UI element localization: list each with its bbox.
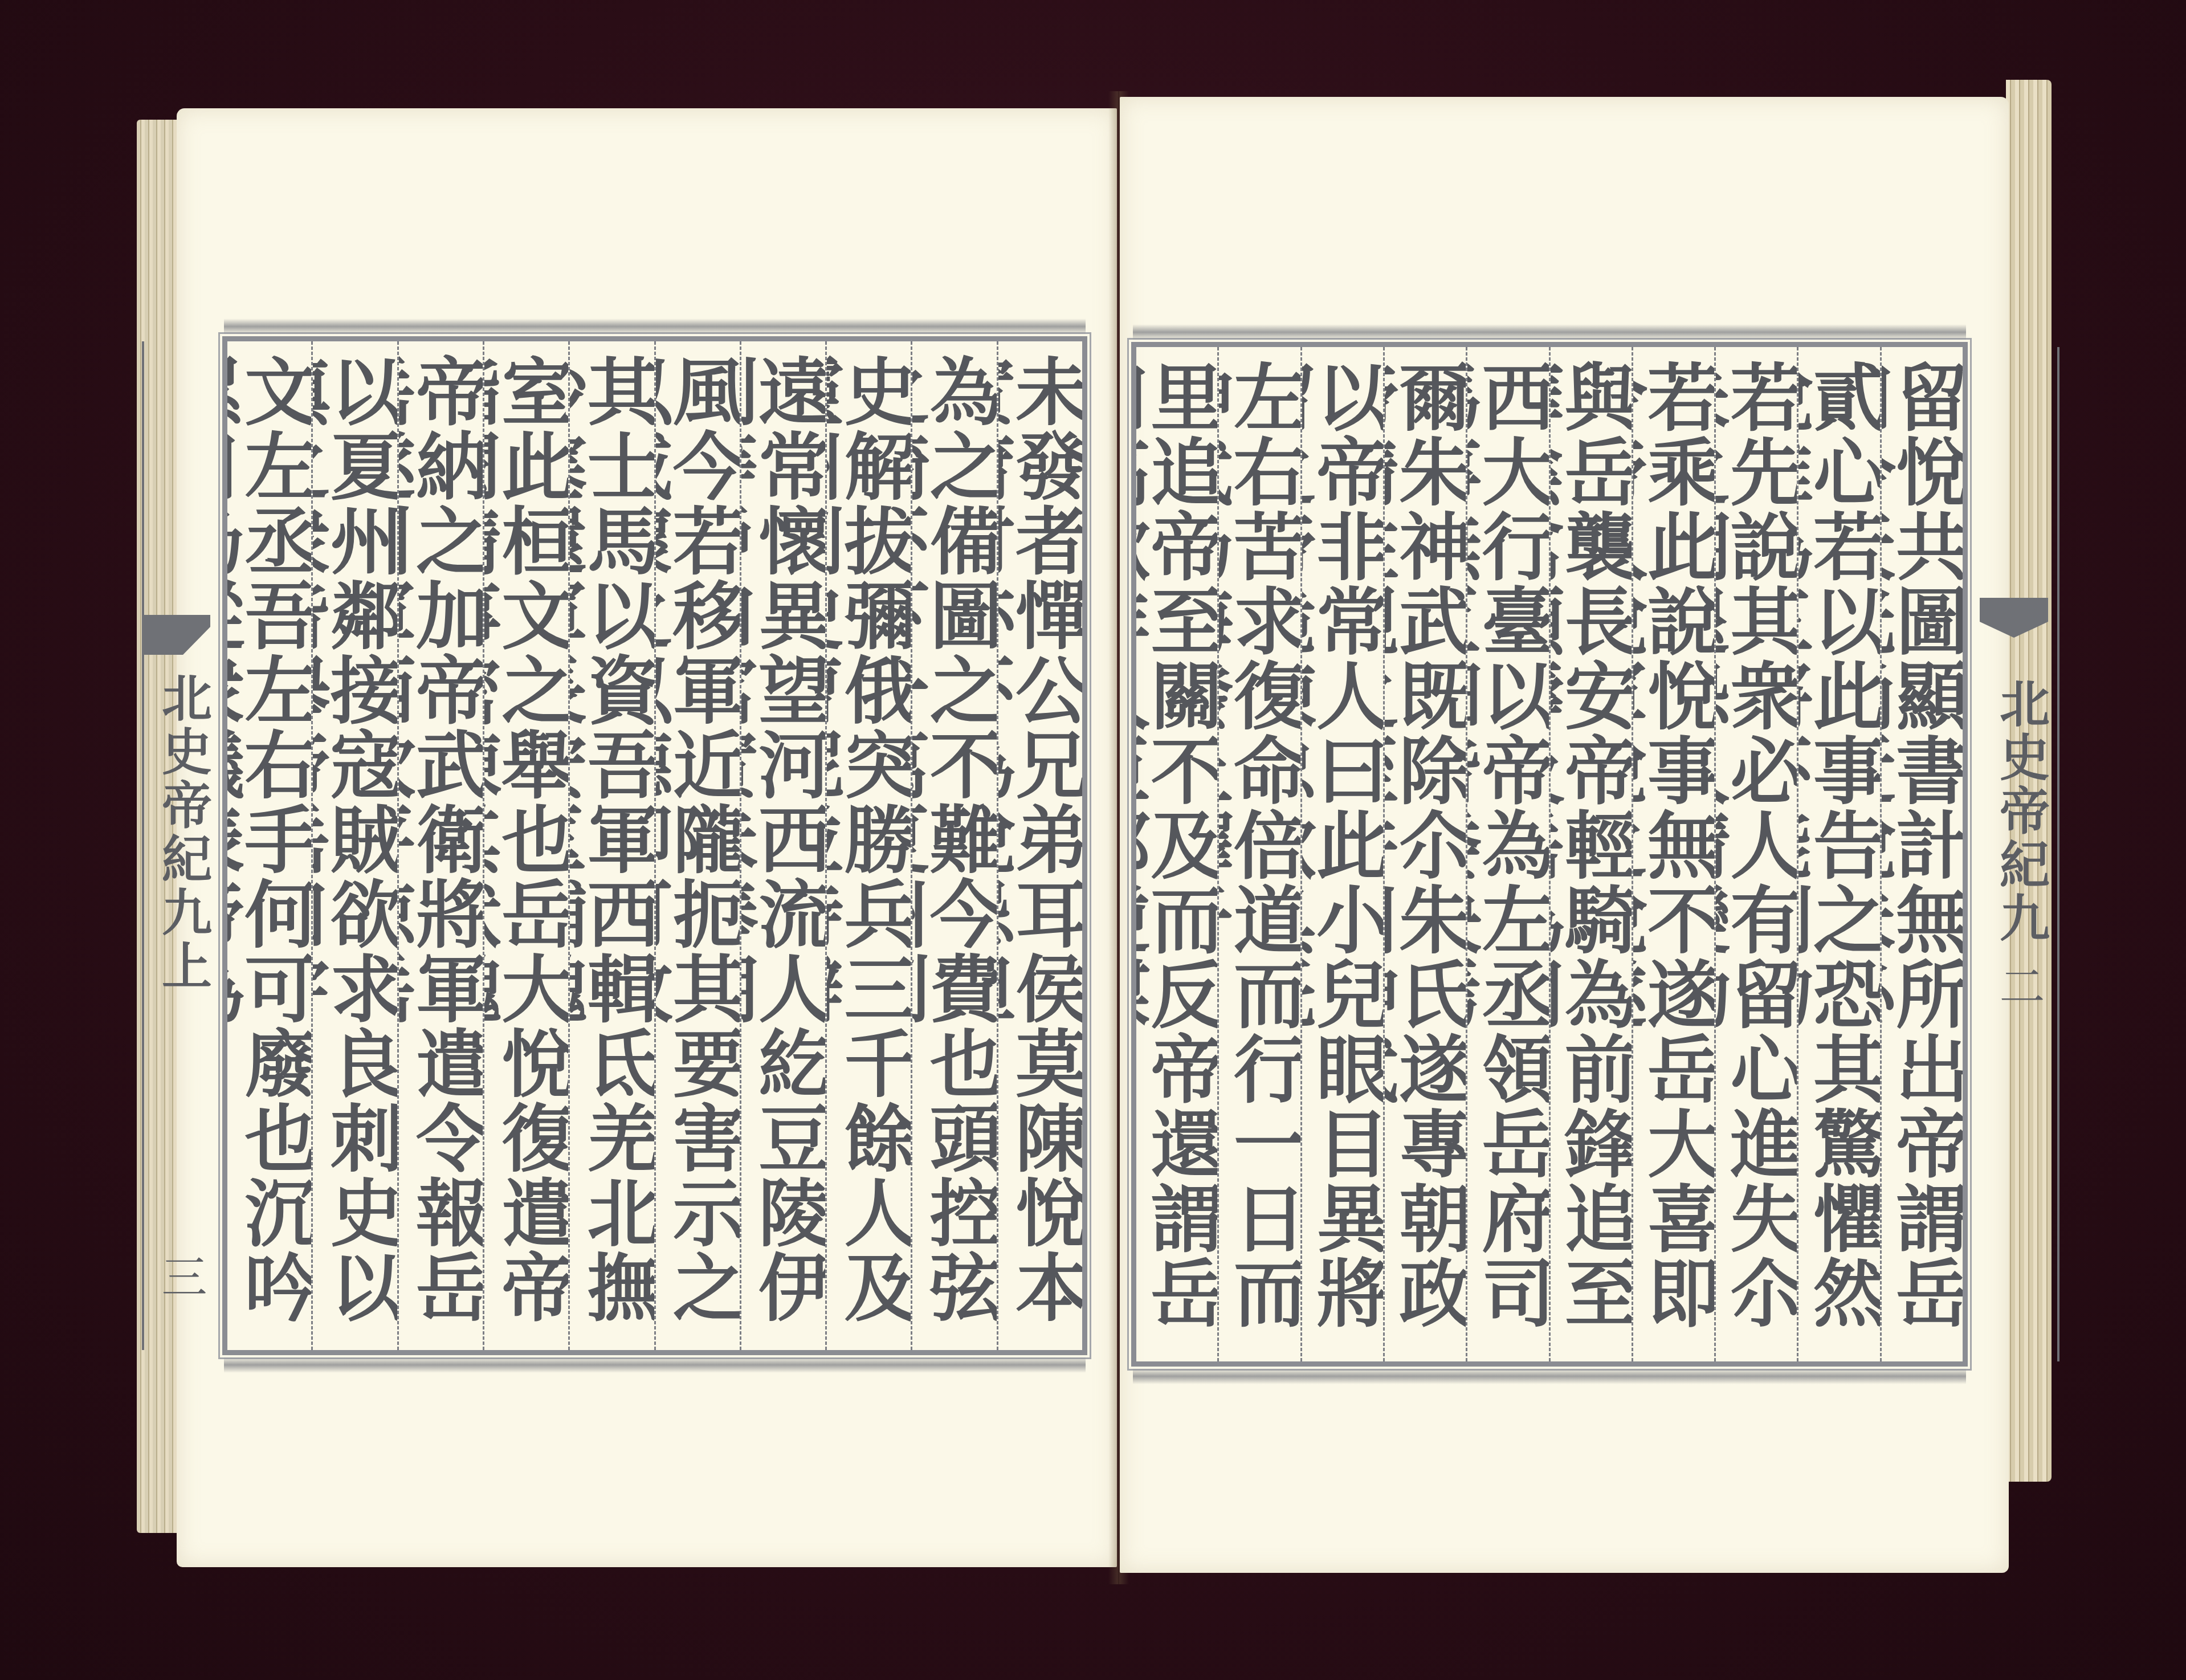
fold-line	[142, 341, 144, 1350]
ink-border-bottom	[1133, 1368, 1966, 1384]
folio-number: 三	[148, 1253, 213, 1299]
text-column: 以夏州鄰接寇賊欲求良刺史以鎮之衆皆舉帝岳曰宇	[311, 341, 397, 1350]
text-column: 文左丞吾左右手何可廢也沉吟累日乃從衆議表帝為	[227, 341, 311, 1350]
ink-border-top	[224, 319, 1086, 335]
margin-title: 北史帝紀九	[1985, 678, 2057, 945]
text-column: 史解拔彌俄突勝兵三千餘人及靈州刺史曹泥並恃僻	[825, 341, 911, 1350]
fold-line	[2057, 347, 2059, 1361]
text-column: 遠常懷異望河西流人紇豆陵伊利等戶口富實未奉朝	[740, 341, 825, 1350]
text-column: 貳心若以此事告之恐其驚懼然悅雖為三將不能制物	[1797, 347, 1879, 1361]
ink-border-top	[1133, 324, 1966, 340]
text-column: 風今若移軍近隴扼其要害示之以威懷之以德即可收	[654, 341, 740, 1350]
text-column: 爾朱神武既除尒朱氏遂專朝政帝請往觀之至并州神武	[1383, 347, 1466, 1361]
left-text-frame: 北史帝紀九上 三 未發者憚公兄弟耳侯莫陳悅本實庸材亦不為悅忌但 為之備圖之不難今…	[222, 336, 1087, 1355]
left-page: 北史帝紀九上 三 未發者憚公兄弟耳侯莫陳悅本實庸材亦不為悅忌但 為之備圖之不難今…	[177, 108, 1117, 1567]
text-column: 為之備圖之不難今費也頭控弦之騎不下一萬夏州刺	[911, 341, 996, 1350]
text-column: 左右苦求復命倍道而行一日而神武乃悔發上驛千	[1217, 347, 1300, 1361]
left-text-columns: 未發者憚公兄弟耳侯莫陳悅本實庸材亦不為悅忌但 為之備圖之不難今費也頭控弦之騎不下…	[227, 341, 1082, 1350]
folio-number: 二	[1985, 963, 2051, 1008]
right-text-frame: 北史帝紀九 二 留悅共圖顯書計無所出帝謂岳曰今天光尚近悅未必 貳心若以此事告之恐…	[1131, 342, 1968, 1367]
text-column: 帝納之加帝武衛將軍遣令報岳岳遂引軍西次平涼岳	[397, 341, 483, 1350]
text-column: 以帝非常人曰此小兒眼目異將留之帝詭陳忠款具託	[1300, 347, 1383, 1361]
text-column: 若先說其衆必人有留心進失尒朱之期退恐人情變動	[1714, 347, 1797, 1361]
right-page: 北史帝紀九 二 留悅共圖顯書計無所出帝謂岳曰今天光尚近悅未必 貳心若以此事告之恐…	[1120, 97, 2009, 1573]
fish-tail-mark-icon	[1980, 598, 2048, 638]
margin-title: 北史帝紀九上	[148, 672, 219, 993]
text-column: 室此桓文之舉也岳大悅復遣帝詣闕請事密陳其狀魏	[483, 341, 568, 1350]
left-page-center-margin: 北史帝紀九上 三	[142, 341, 216, 1350]
text-column: 留悅共圖顯書計無所出帝謂岳曰今天光尚近悅未必	[1880, 347, 1963, 1361]
right-text-columns: 留悅共圖顯書計無所出帝謂岳曰今天光尚近悅未必 貳心若以此事告之恐其驚懼然悅雖為三…	[1136, 347, 1963, 1361]
open-book: 北史帝紀九上 三 未發者憚公兄弟耳侯莫陳悅本實庸材亦不為悅忌但 為之備圖之不難今…	[137, 57, 2052, 1653]
ink-border-bottom	[224, 1357, 1086, 1373]
text-column: 里追帝至關不及而反帝還謂岳曰高歡非人臣邪逆謀	[1136, 347, 1217, 1361]
right-page-center-margin: 北史帝紀九 二	[1980, 347, 2054, 1361]
text-column: 與岳襲長安帝輕騎為前鋒追至華陰禽顯壽及岳為關	[1549, 347, 1632, 1361]
text-column: 若乘此說悅事無不遂岳大喜即令帝入悅軍說之悅遂	[1632, 347, 1714, 1361]
fish-tail-mark-icon	[142, 615, 210, 655]
text-column: 西大行臺以帝為左丞領岳府司馬事無巨細皆委決焉	[1466, 347, 1548, 1361]
text-column: 未發者憚公兄弟耳侯莫陳悅本實庸材亦不為悅忌但	[997, 341, 1082, 1350]
text-column: 其士馬以資吾軍西輯氐羌北撫沙塞還軍長安匡輔魏	[568, 341, 654, 1350]
